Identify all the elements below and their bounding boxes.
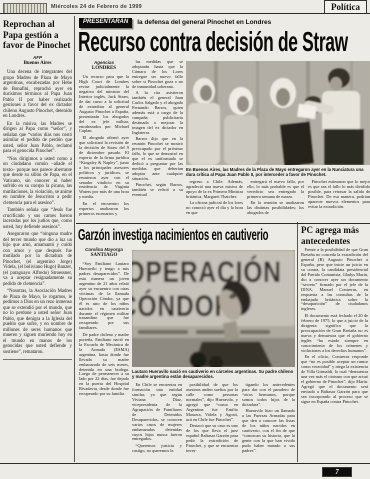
banner-text-condor: CÓNDOR <box>132 289 233 323</box>
body-paragraph: posibilidad de que los asesinos anden su… <box>186 383 238 423</box>
body-paragraph: “Soy Emiliano Lautaro Hueravilo y tengo … <box>79 262 129 331</box>
body-paragraph: Pinochet, según Barros, también se refir… <box>132 183 183 198</box>
body-paragraph: “Queremos justicia y castigo, no queremo… <box>132 444 182 454</box>
left-article-body: Una decena de integrantes del grupo Madr… <box>3 70 72 355</box>
garzon-col4: tigando los antecedentes para dar con el… <box>242 383 295 461</box>
body-paragraph: Pinochet estimaron que lo mejor es que s… <box>308 180 370 210</box>
body-paragraph: La oficina judicial de los lores no cono… <box>186 201 243 216</box>
garzon-headline: Garzón investiga nacimientos en cautiver… <box>78 227 297 245</box>
body-paragraph: Aseguraron que “ninguna madre del tercer… <box>3 232 72 287</box>
body-paragraph: “Nos dirigimos a usted como a un ciudada… <box>3 157 72 207</box>
garzon-col3: posibilidad de que los asesinos anden su… <box>186 383 238 461</box>
body-paragraph: Una decena de integrantes del grupo Madr… <box>3 70 72 120</box>
main-headline-text: Recurso contra decisión de Straw <box>78 27 348 57</box>
body-paragraph: El documento está fechado el 20 de febre… <box>301 314 368 354</box>
garzon-col2: En Chile se encuentra en formación una e… <box>132 383 182 461</box>
body-paragraph: Frente a la posibilidad de que Gran Bret… <box>301 248 368 312</box>
column-divider <box>74 16 75 462</box>
body-paragraph: De padre chileno y madre porteña, Emilia… <box>79 333 129 397</box>
banner-text-operacion: OPERACIÓN <box>132 255 282 289</box>
body-paragraph: En el encuentro los expertos analizaron … <box>79 202 129 217</box>
main-headline: Recurso contra decisión de Straw <box>78 27 370 57</box>
body-paragraph: las medidas que se adoptarán hasta que l… <box>132 60 183 90</box>
left-article-byline: AFP Buenos Aires <box>3 55 72 67</box>
left-article-headline: Reprochan al Papa gestión a favor de Pin… <box>3 19 73 51</box>
hueravilo-operacion-condor-photo: OPERACIÓN CÓNDOR <box>132 250 295 367</box>
garzon-col1: Carolina Mayorga SANTIAGO “Soy Emiliano … <box>79 247 129 461</box>
article-end-rule <box>3 359 72 360</box>
body-paragraph: Destacó que su caso es uno de los que ll… <box>186 424 238 454</box>
left-article: AFP Buenos Aires Una decena de integrant… <box>3 55 72 360</box>
body-paragraph: Un recurso para que la High Court de Lon… <box>79 75 129 134</box>
page-number: 7 <box>322 467 352 477</box>
body-paragraph: Barros dijo que en la reunión Pinochet s… <box>132 137 183 182</box>
dateline: Buenos Aires <box>3 61 72 67</box>
main-article-col4: entregará el nuevo fallo, por ello, lo m… <box>247 180 304 222</box>
column-divider <box>297 222 298 462</box>
main-article-byline: Agencias LONDRES <box>79 60 129 72</box>
pc-article-body: Frente a la posibilidad de que Gran Bret… <box>301 248 368 460</box>
body-paragraph: regreso a Chile. Además, agradeció una n… <box>186 180 243 200</box>
main-article-col5: Pinochet estimaron que lo mejor es que s… <box>308 180 370 222</box>
main-article-col1: Agencias LONDRES Un recurso para que la … <box>79 60 129 222</box>
dateline: SANTIAGO <box>79 253 129 259</box>
body-paragraph: “Nosotras, la Asociación Madres de Plaza… <box>3 289 72 355</box>
section-rule <box>76 223 370 224</box>
body-paragraph: En Chile se encuentra en formación una e… <box>132 383 182 442</box>
dateline: LONDRES <box>79 66 129 72</box>
main-article-col2: las medidas que se adoptarán hasta que l… <box>132 60 183 222</box>
body-paragraph: A la cita asistieron también el general … <box>132 91 183 136</box>
madres-plaza-de-mayo-photo <box>186 61 370 165</box>
body-paragraph: En la reunión se analizaron las distinta… <box>247 201 304 216</box>
edition-date: Miércoles 24 de Febrero de 1999 <box>51 3 142 12</box>
body-paragraph: Hueravilo hizo un llamado a las Fuerzas … <box>242 409 295 454</box>
newspaper-page: Miércoles 24 de Febrero de 1999 Política… <box>0 0 370 479</box>
section-title: Política <box>324 0 367 14</box>
photo-caption: En Buenos Aires, las Madres de la Plaza … <box>186 167 370 177</box>
body-paragraph: En el oficio, Contreras responde que “no… <box>301 355 368 405</box>
body-paragraph: tigando los antecedentes para dar con el… <box>242 383 295 408</box>
pc-headline: PC agrega más antecedentes <box>301 225 369 246</box>
body-paragraph: entregará el nuevo fallo, por ello, lo m… <box>247 180 304 200</box>
photo-caption: Lautaro Hueravilo nació en cautiverio en… <box>132 369 295 379</box>
garzon-byline: Carolina Mayorga SANTIAGO <box>79 247 129 259</box>
body-paragraph: El abogado afirmó ayer que solicitará la… <box>79 136 129 200</box>
body-paragraph: En la misiva, las Madres se dirigen al P… <box>3 122 72 155</box>
main-article-col3: regreso a Chile. Además, agradeció una n… <box>186 180 243 222</box>
footer-rule <box>0 463 370 464</box>
garzon-headline-text: Garzón investiga nacimientos en cautiver… <box>78 227 268 244</box>
header-rule <box>0 13 370 14</box>
body-paragraph: También señala que “Jesús fue crucificad… <box>3 208 72 230</box>
